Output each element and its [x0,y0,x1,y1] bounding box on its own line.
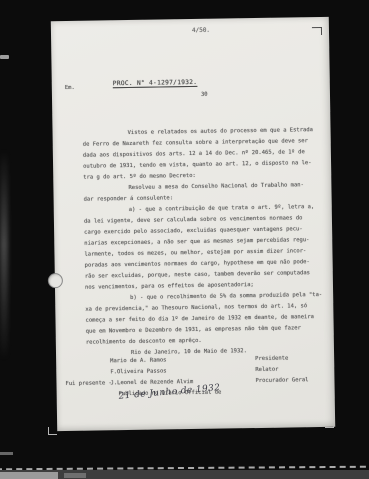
signature-role: Procurador Geral [255,375,308,387]
signature-name: Mario de A. Ramos [110,355,166,367]
signature-name: F.Oliveira Passos [110,366,166,378]
frame-counter-label: 4/50. [192,25,210,36]
paragraph-item-b: b) - que o recolhimento de 5% da somma p… [85,290,326,349]
document-page: 4/50. Em. PROC. N° 4-1297/1932. 30 Visto… [51,17,335,431]
film-speck [0,55,9,59]
microfilm-scan-frame: { "film": { "frame_counter": "4/50." }, … [0,0,369,479]
page-number: 30 [201,90,208,101]
binder-punch-hole [48,273,63,288]
frame-corner-mark-bottom-left [48,427,57,435]
publication-line: Publicado no Diario Official de 21 de Ju… [119,386,329,401]
film-light-streak [0,150,8,360]
document-body: Vistos e relatados os autos do processo … [82,125,326,360]
process-number-title: PROC. N° 4-1297/1932. [113,77,198,89]
film-edge-block [64,473,86,478]
signature-prefix: Fui presente - [65,378,112,390]
film-edge-block [0,472,58,479]
paragraph-item-a: a) - que a contribuição de que trata o a… [84,202,325,294]
signature-role: Relator [255,365,278,376]
frame-corner-mark-top-right [312,27,322,35]
signature-role: Presidente [255,354,288,366]
paragraph-preamble: Vistos e relatados os autos do processo … [82,125,323,184]
film-speck [0,452,13,455]
margin-note: Em. [65,83,75,94]
